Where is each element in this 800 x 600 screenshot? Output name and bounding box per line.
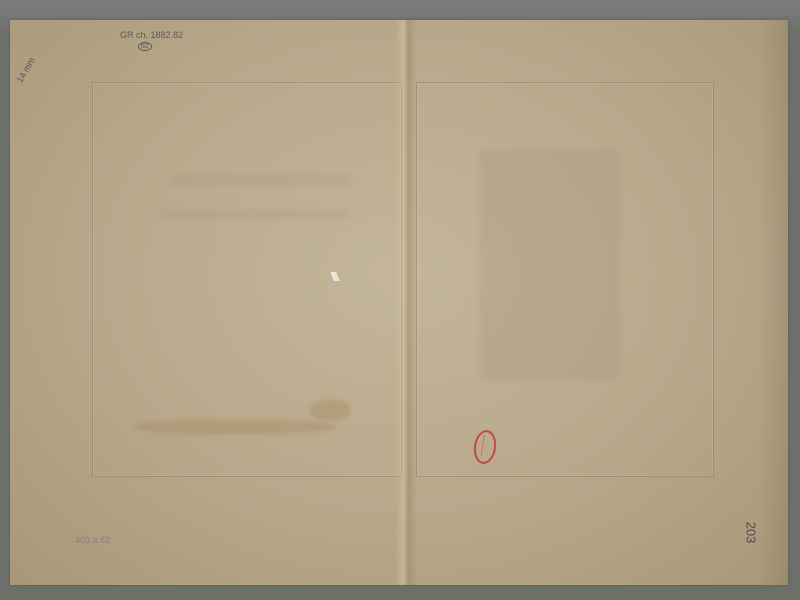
top-inscription: GR ch. 1882.82 (120, 30, 183, 40)
page-number: 203 (743, 522, 758, 544)
show-through (160, 210, 350, 218)
margin-note: 14 mm (15, 56, 37, 85)
stain (310, 400, 350, 420)
show-through (170, 175, 350, 185)
plate-mark-left (92, 82, 402, 477)
paper-shadow (758, 20, 788, 585)
center-fold (395, 20, 417, 585)
bottom-note: 403.a.82 (75, 535, 110, 545)
top-circled-number: 82 (138, 42, 152, 51)
show-through (480, 150, 620, 380)
stain (135, 420, 335, 434)
paper-sheet: GR ch. 1882.82 82 14 mm 403.a.82 (10, 20, 788, 585)
